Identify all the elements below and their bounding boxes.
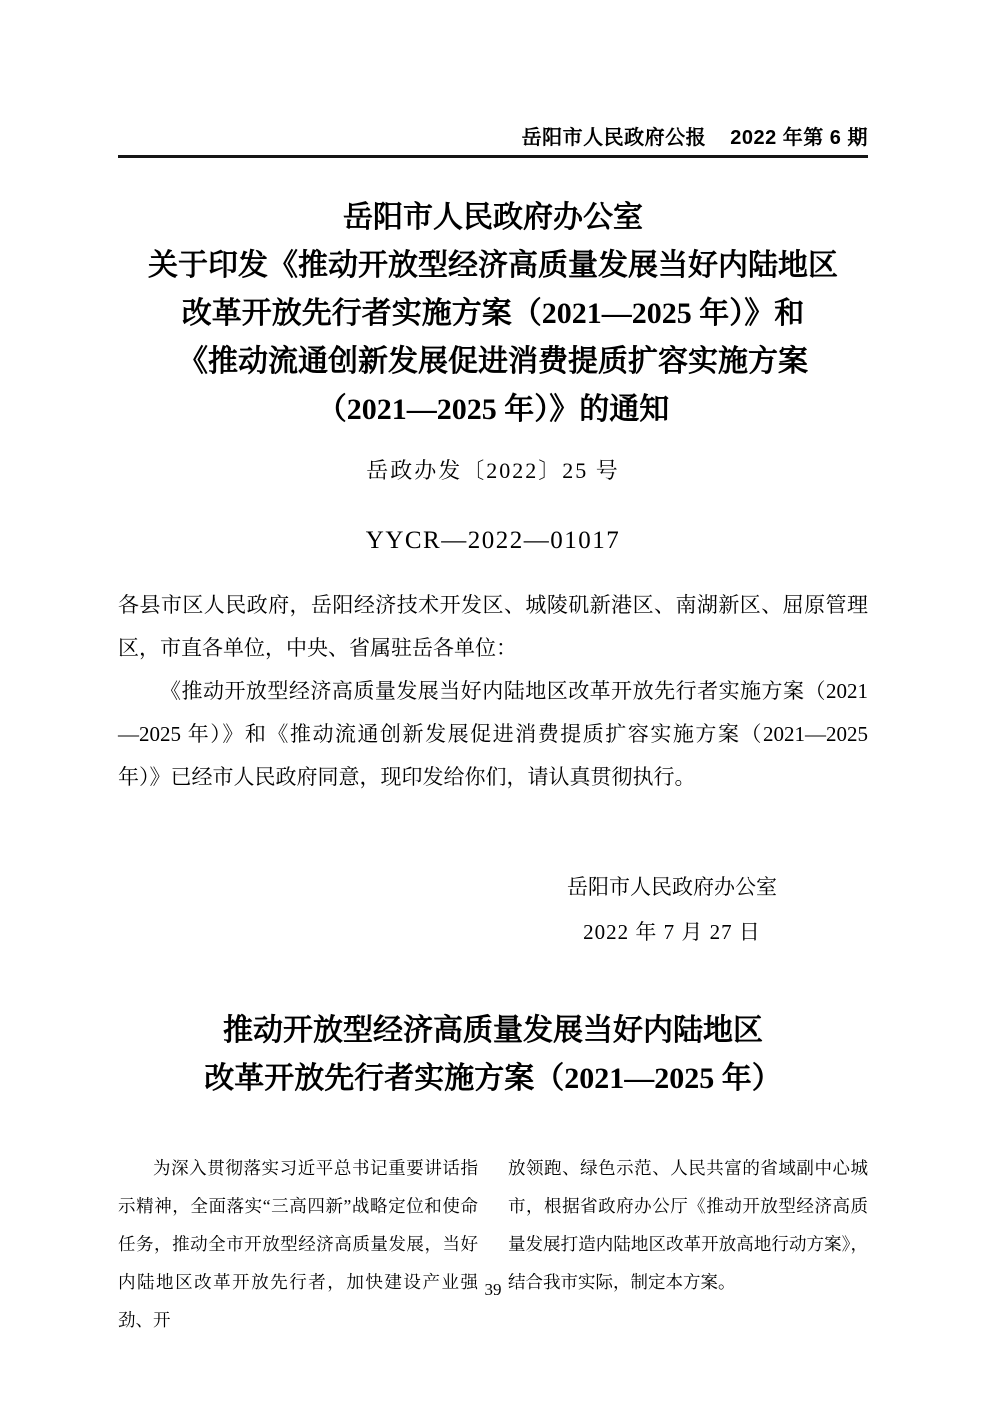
title-line: 岳阳市人民政府办公室 [118,194,868,242]
column-right: 放领跑、绿色示范、人民共富的省域副中心城市，根据省政府办公厅《推动开放型经济高质… [508,1149,868,1339]
doc-number: 岳政办发〔2022〕25 号 [118,456,868,486]
addressees-paragraph: 各县市区人民政府，岳阳经济技术开发区、城陵矶新港区、南湖新区、屈原管理区，市直各… [118,584,868,670]
title-line: 改革开放先行者实施方案（2021—2025 年） [118,1055,868,1103]
header-rule [118,155,868,158]
two-column-text: 为深入贯彻落实习近平总书记重要讲话指示精神，全面落实“三高四新”战略定位和使命任… [118,1149,868,1339]
title-line: 改革开放先行者实施方案（2021—2025 年）》和 [118,290,868,338]
running-head: 岳阳市人民政府公报 2022 年第 6 期 [118,126,868,150]
notice-paragraph: 《推动开放型经济高质量发展当好内陆地区改革开放先行者实施方案（2021—2025… [118,670,868,799]
signature-date: 2022 年 7 月 27 日 [504,910,840,955]
signature-block: 岳阳市人民政府办公室 2022 年 7 月 27 日 [504,865,840,955]
notice-section: 岳阳市人民政府办公室关于印发《推动开放型经济高质量发展当好内陆地区改革开放先行者… [118,194,868,955]
gazette-issue: 2022 年第 6 期 [730,127,868,149]
title-line: 关于印发《推动开放型经济高质量发展当好内陆地区 [118,242,868,290]
signature-issuer: 岳阳市人民政府办公室 [504,865,840,910]
plan-title: 推动开放型经济高质量发展当好内陆地区改革开放先行者实施方案（2021—2025 … [118,1007,868,1103]
notice-body: 各县市区人民政府，岳阳经济技术开发区、城陵矶新港区、南湖新区、屈原管理区，市直各… [118,584,868,799]
page-header: 岳阳市人民政府公报 2022 年第 6 期 [118,0,868,158]
page-footer: 39 [118,1279,868,1301]
title-line: 推动开放型经济高质量发展当好内陆地区 [118,1007,868,1055]
title-line: 《推动流通创新发展促进消费提质扩容实施方案 [118,338,868,386]
notice-title: 岳阳市人民政府办公室关于印发《推动开放型经济高质量发展当好内陆地区改革开放先行者… [118,194,868,434]
gazette-page: 岳阳市人民政府公报 2022 年第 6 期 岳阳市人民政府办公室关于印发《推动开… [0,0,992,1403]
page-number: 39 [485,1280,502,1299]
column-left: 为深入贯彻落实习近平总书记重要讲话指示精神，全面落实“三高四新”战略定位和使命任… [118,1149,478,1339]
doc-code: YYCR—2022—01017 [118,526,868,556]
page-content: 岳阳市人民政府公报 2022 年第 6 期 岳阳市人民政府办公室关于印发《推动开… [118,0,868,1339]
title-line: （2021—2025 年）》的通知 [118,386,868,434]
gazette-title: 岳阳市人民政府公报 [522,127,707,149]
